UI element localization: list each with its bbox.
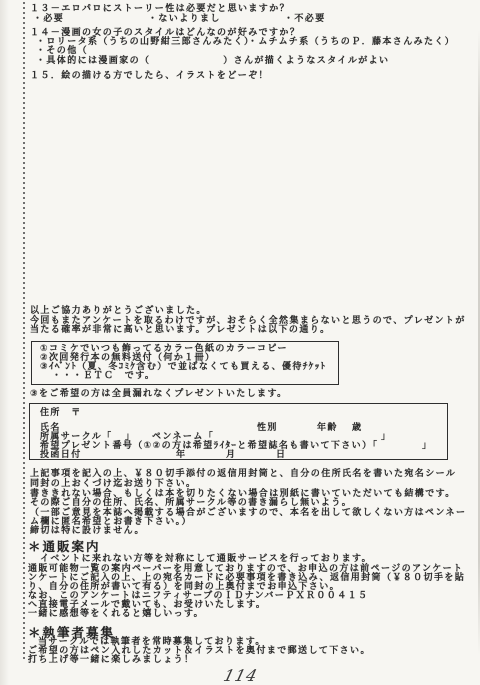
prize-note: ③をご希望の方は全員漏れなくプレゼントいたします。 xyxy=(30,389,288,399)
penname-field-close-bracket: 」 xyxy=(381,432,391,442)
q13-option-better-than-nothing: ・ないよりまし xyxy=(148,14,221,24)
q13-option-unnecessary: ・不必要 xyxy=(284,14,326,24)
date-day-label: 日 xyxy=(276,450,286,460)
date-year-label: 年 xyxy=(176,450,186,460)
q14-option-muchimuchi: ・ムチムチ系（うちのＰ．藤本さんみたく） xyxy=(248,37,455,47)
recruit-line: 打ち上げ等一緒に楽しみましょう！ xyxy=(28,655,194,665)
q14-option-other: ・その他（ xyxy=(36,46,88,56)
page-number: 114 xyxy=(222,666,260,685)
q15-title: １５．絵の描ける方でしたら、イラストをどーぞ！ xyxy=(30,71,269,81)
mailing-instruction-line: 同封の上おくづけ迄お送り下さい。 xyxy=(30,479,196,489)
illustration-space xyxy=(28,84,452,298)
prize-number-field-label: 希望プレゼント番号（①②の方は希望ﾗｲﾀｰと希望誌名も書いて下さい）「 xyxy=(40,441,378,451)
prize-number-field-close-bracket: 」 xyxy=(422,441,432,451)
thanks-line: 当たる確率が非常に高いと思います。プレゼントは以下の通り。 xyxy=(30,325,331,335)
mailing-date-label: 投函日付 xyxy=(40,450,82,460)
age-field-label: 年齢 xyxy=(317,423,338,433)
prize-item-etc: ・・・ＥＴＣ です。 xyxy=(52,371,155,381)
q13-option-necessary: ・必要 xyxy=(33,14,64,24)
mailing-instruction-line: 締切は特に設けません。 xyxy=(30,526,145,536)
thanks-line: 以上ご協力ありがとうございました。 xyxy=(30,306,207,316)
mail-order-heading: ＊通販案内 xyxy=(28,540,101,553)
date-month-label: 月 xyxy=(226,450,236,460)
age-suffix-label: 歳 xyxy=(352,423,362,433)
q14-option-artist-style: ・具体的には漫画家の（ ）さんが描くようなスタイルがよい xyxy=(36,56,389,66)
binding-dotted-line xyxy=(23,2,25,660)
q13-title: １３－エロパロにストーリー性は必要だと思いますか？ xyxy=(30,4,290,14)
mailing-instruction-line: 上記事項を記入の上、￥８０切手添付の返信用封筒と、自分の住所氏名を書いた宛名シー… xyxy=(30,469,456,479)
mail-order-line: 一緒に感想等をくれると嬉しいっす。 xyxy=(28,609,204,619)
mailing-instruction-line: その際ご自分の住所、氏名、所属サークル等の書き漏らし無いよう。 xyxy=(30,498,352,508)
scanned-questionnaire-page: １３－エロパロにストーリー性は必要だと思いますか？ ・必要 ・ないよりまし ・不… xyxy=(0,0,480,685)
scan-left-shadow xyxy=(0,0,9,685)
address-field-label: 住所 〒 xyxy=(40,408,82,418)
mail-order-line: イベントに来れない方等を対称にして通販サービスを行っております。 xyxy=(40,554,372,564)
sex-field-label: 性別 xyxy=(257,423,278,433)
